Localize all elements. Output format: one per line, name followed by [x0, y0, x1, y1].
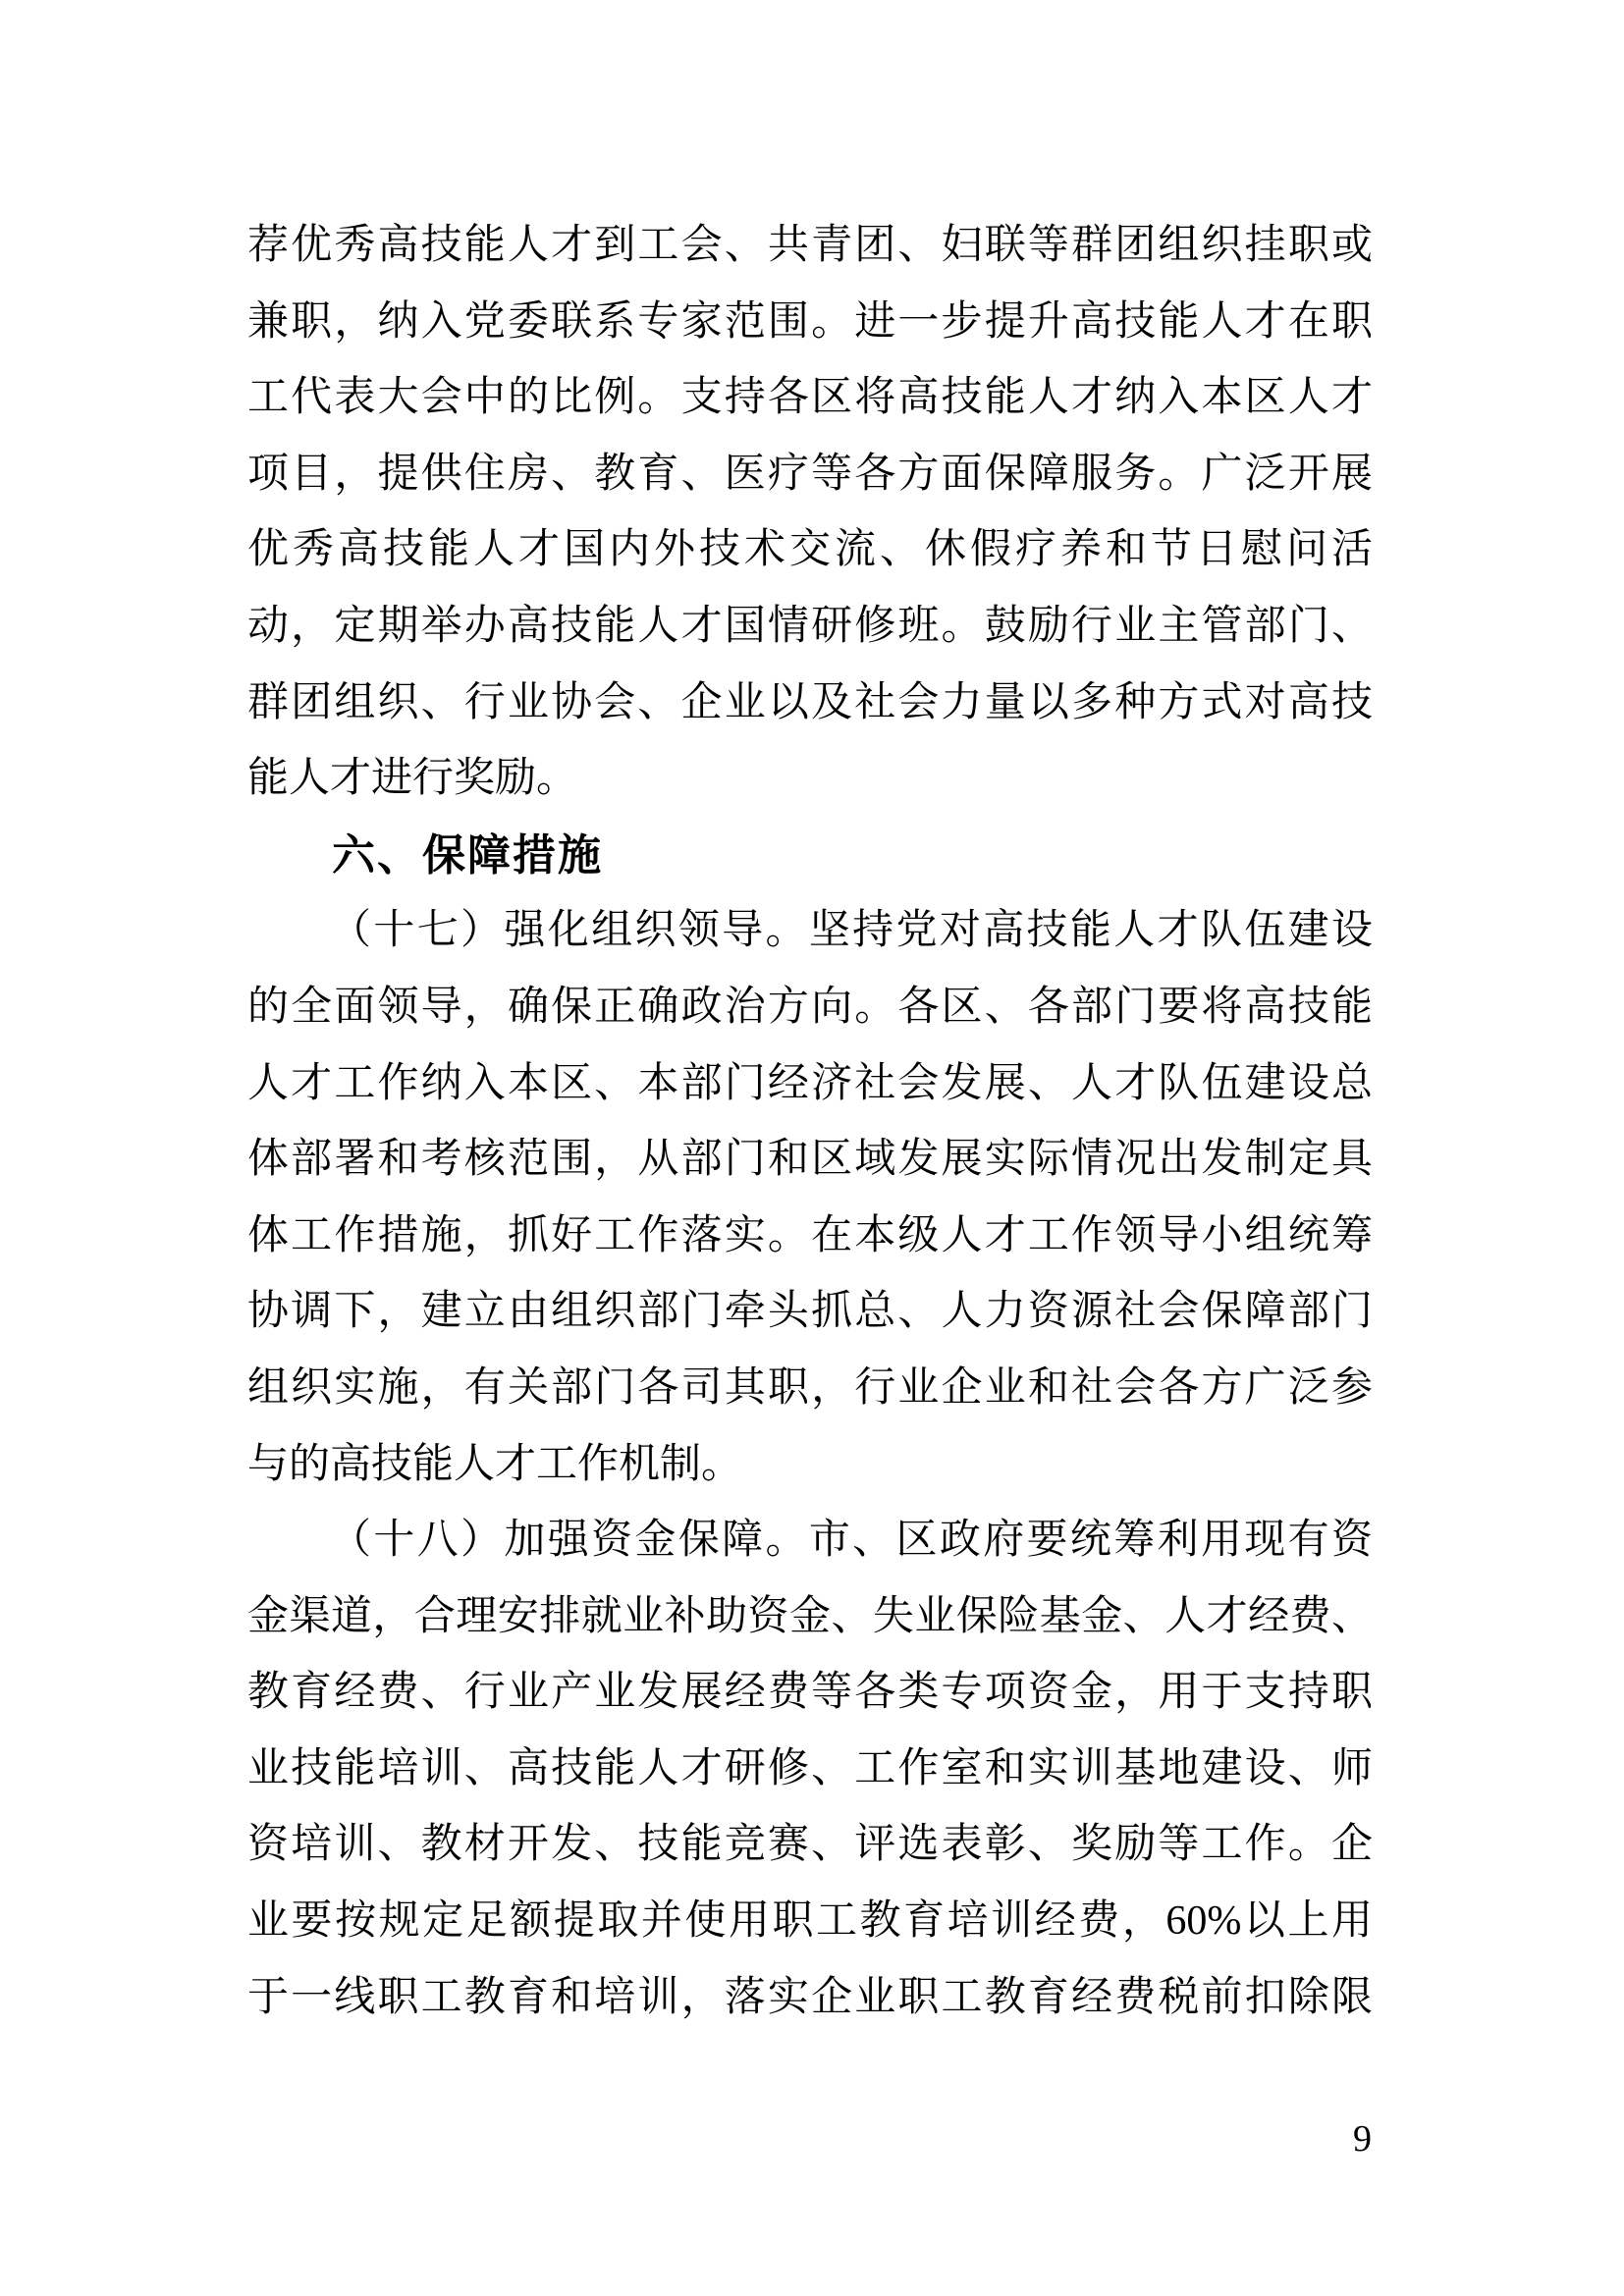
text-line: 组织实施，有关部门各司其职，行业企业和社会各方广泛参	[247, 1351, 1373, 1427]
text-line: 体部署和考核范围，从部门和区域发展实际情况出发制定具	[247, 1122, 1373, 1199]
paragraph-continuation: 荐优秀高技能人才到工会、共青团、妇联等群团组织挂职或 兼职，纳入党委联系专家范围…	[247, 208, 1373, 818]
text-line: 动，定期举办高技能人才国情研修班。鼓励行业主管部门、	[247, 589, 1373, 666]
text-line: 金渠道，合理安排就业补助资金、失业保险基金、人才经费、	[247, 1579, 1373, 1656]
text-line: 协调下，建立由组织部门牵头抓总、人力资源社会保障部门	[247, 1274, 1373, 1351]
document-page: 荐优秀高技能人才到工会、共青团、妇联等群团组织挂职或 兼职，纳入党委联系专家范围…	[0, 0, 1624, 2296]
paragraph-18: （十八）加强资金保障。市、区政府要统筹利用现有资 金渠道，合理安排就业补助资金、…	[247, 1503, 1373, 2036]
text-line: （十八）加强资金保障。市、区政府要统筹利用现有资	[247, 1503, 1373, 1579]
text-line: （十七）强化组织领导。坚持党对高技能人才队伍建设	[247, 893, 1373, 970]
text-line: 体工作措施，抓好工作落实。在本级人才工作领导小组统筹	[247, 1199, 1373, 1275]
text-line: 优秀高技能人才国内外技术交流、休假疗养和节日慰问活	[247, 512, 1373, 589]
paragraph-17: （十七）强化组织领导。坚持党对高技能人才队伍建设 的全面领导，确保正确政治方向。…	[247, 893, 1373, 1503]
page-number: 9	[1353, 2116, 1412, 2162]
section-heading: 六、保障措施	[247, 818, 1373, 894]
text-line: 兼职，纳入党委联系专家范围。进一步提升高技能人才在职	[247, 285, 1373, 361]
text-line: 于一线职工教育和培训，落实企业职工教育经费税前扣除限	[247, 1960, 1373, 2037]
text-line: 业要按规定足额提取并使用职工教育培训经费，60%以上用	[247, 1884, 1373, 1960]
text-line: 群团组织、行业协会、企业以及社会力量以多种方式对高技	[247, 666, 1373, 742]
text-line: 人才工作纳入本区、本部门经济社会发展、人才队伍建设总	[247, 1046, 1373, 1123]
text-line: 业技能培训、高技能人才研修、工作室和实训基地建设、师	[247, 1732, 1373, 1808]
text-line: 资培训、教材开发、技能竞赛、评选表彰、奖励等工作。企	[247, 1807, 1373, 1884]
document-body: 荐优秀高技能人才到工会、共青团、妇联等群团组织挂职或 兼职，纳入党委联系专家范围…	[247, 208, 1373, 2036]
text-line: 能人才进行奖励。	[247, 741, 1373, 818]
text-line: 的全面领导，确保正确政治方向。各区、各部门要将高技能	[247, 970, 1373, 1046]
text-line: 教育经费、行业产业发展经费等各类专项资金，用于支持职	[247, 1655, 1373, 1732]
text-line: 与的高技能人才工作机制。	[247, 1427, 1373, 1504]
text-line: 荐优秀高技能人才到工会、共青团、妇联等群团组织挂职或	[247, 208, 1373, 285]
text-line: 工代表大会中的比例。支持各区将高技能人才纳入本区人才	[247, 360, 1373, 437]
text-line: 项目，提供住房、教育、医疗等各方面保障服务。广泛开展	[247, 437, 1373, 513]
